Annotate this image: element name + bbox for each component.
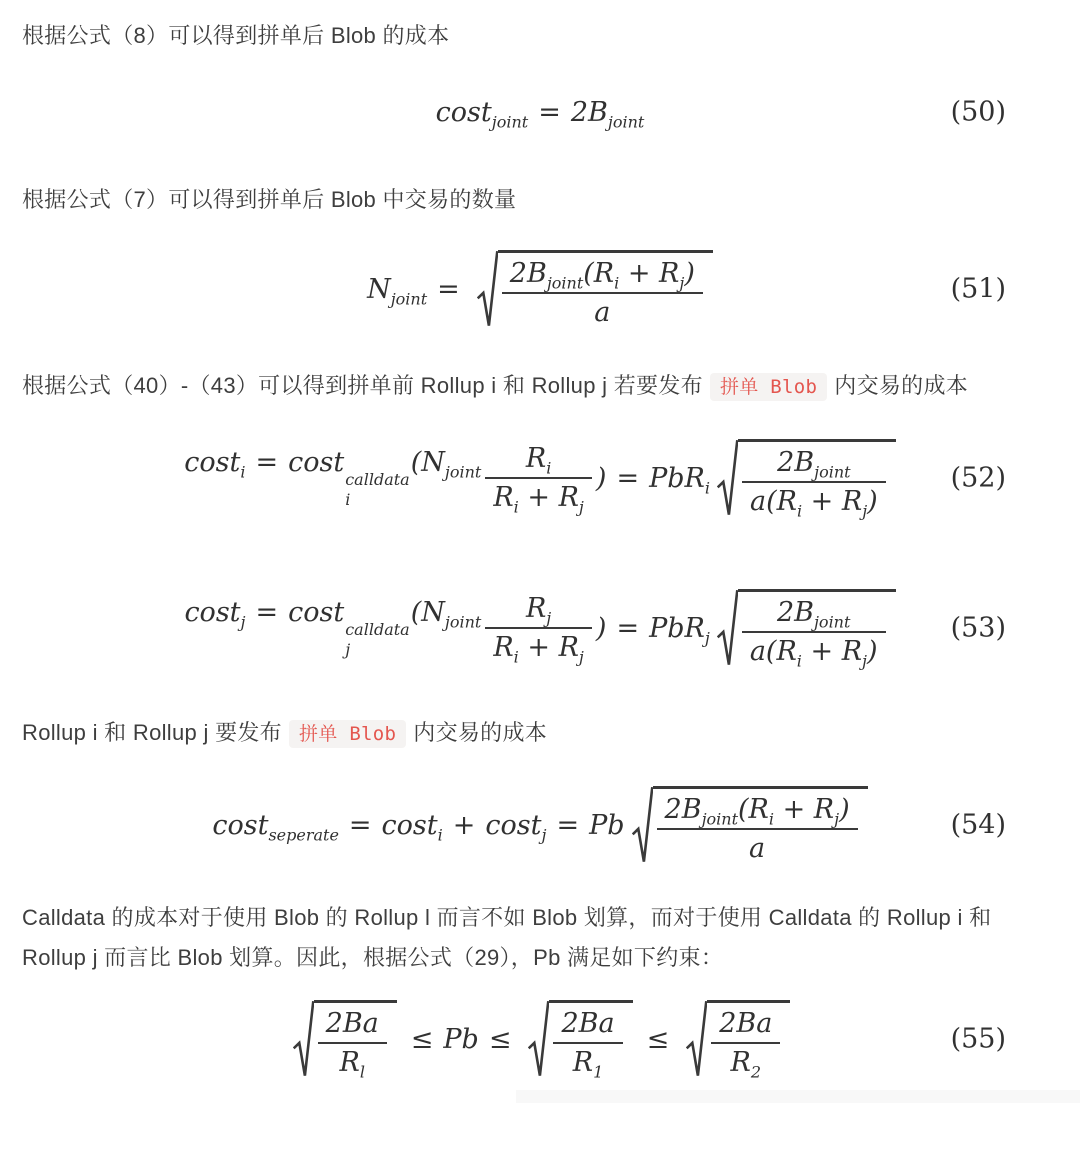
math-expression: )=PbRi <box>596 463 710 494</box>
sqrt-radical-icon <box>477 250 498 328</box>
equals-sign: = <box>256 447 279 478</box>
math-subscript: seperate <box>268 825 338 844</box>
inline-code-chip: 拼单 Blob <box>289 720 406 748</box>
square-root: 2Ba R2 <box>686 1000 790 1078</box>
math-subscript: i <box>345 490 350 510</box>
math-subscript: i <box>438 825 443 844</box>
sqrt-radical-icon <box>528 1000 549 1078</box>
sqrt-radicand: 2Ba R1 <box>549 1000 632 1078</box>
math-token: 2B <box>777 447 814 478</box>
math-token: 2B <box>571 97 608 128</box>
fraction-numerator: 2Bjoint <box>769 447 858 481</box>
math-token: ) <box>684 258 695 289</box>
article-body: 根据公式（8）可以得到拼单后 Blob 的成本 costjoint=2Bjoin… <box>0 0 1080 1103</box>
math-token: + R <box>519 632 579 663</box>
equation-number: (51) <box>951 274 1006 305</box>
supsub-stack: calldatai <box>345 470 409 510</box>
equation-52: costi=costcalldatai(Njoint Ri Ri + Rj )=… <box>0 439 1080 517</box>
fraction-numerator: 2Bjoint(Ri + Rj) <box>502 258 703 292</box>
math-subscript: joint <box>547 273 583 292</box>
fraction: 2Bjoint a(Ri + Rj) <box>742 447 886 517</box>
paragraph: Calldata 的成本对于使用 Blob 的 Rollup l 而言不如 Bl… <box>0 898 1080 978</box>
math-token: cost <box>288 597 344 628</box>
square-root: 2Ba Rl <box>293 1000 397 1078</box>
math-token: 2Ba <box>326 1008 379 1039</box>
paragraph: Rollup i 和 Rollup j 要发布拼单 Blob内交易的成本 <box>0 713 1080 754</box>
equals-sign: = <box>437 274 460 305</box>
math-token: a <box>749 833 765 864</box>
math-token: ) <box>867 486 878 517</box>
math-subscript: joint <box>391 289 427 308</box>
math-expression: ≤ <box>637 1024 680 1055</box>
math-subscript: j <box>579 497 584 516</box>
fraction-numerator: 2Bjoint <box>769 597 858 631</box>
math-token: cost <box>485 810 541 841</box>
math-token: + R <box>619 258 679 289</box>
math-superscript: calldata <box>345 620 409 640</box>
equals-sign: = <box>256 597 279 628</box>
sqrt-radicand: 2Ba R2 <box>707 1000 790 1078</box>
math-token: cost <box>184 447 240 478</box>
sqrt-radicand: 2Ba Rl <box>314 1000 397 1078</box>
math-token: Pb <box>589 810 624 841</box>
math-token: 2B <box>665 794 702 825</box>
equation-number: (55) <box>951 1024 1006 1055</box>
math-subscript: l <box>360 1062 365 1081</box>
math-token: 2B <box>510 258 547 289</box>
fraction: 2Bjoint(Ri + Rj) a <box>502 258 703 328</box>
math-expression: costseperate=costi+costj=Pb <box>212 810 624 841</box>
supsub-stack: calldataj <box>345 620 409 660</box>
fraction-denominator: a <box>586 294 618 328</box>
sqrt-radical-icon <box>686 1000 707 1078</box>
close-paren: ) <box>596 463 607 494</box>
math-expression: costjoint=2Bjoint <box>436 97 645 128</box>
math-token: R <box>731 1047 751 1078</box>
equals-sign: = <box>616 463 639 494</box>
math-token: R <box>526 593 546 624</box>
paragraph-text: Rollup i 和 Rollup j 要发布 <box>22 720 282 745</box>
equals-sign: = <box>556 810 579 841</box>
open-paren: ( <box>411 447 422 478</box>
sqrt-radical-icon <box>293 1000 314 1078</box>
math-subscript: j <box>241 612 246 631</box>
paragraph: 根据公式（7）可以得到拼单后 Blob 中交易的数量 <box>0 180 1080 220</box>
math-subscript: joint <box>445 462 481 481</box>
open-paren: ( <box>411 597 422 628</box>
equation-50: costjoint=2Bjoint (50) <box>0 90 1080 134</box>
paragraph-text: 根据公式（40）-（43）可以得到拼单前 Rollup i 和 Rollup j… <box>22 373 703 398</box>
math-superscript: calldata <box>345 470 409 490</box>
math-subscript: joint <box>814 462 850 481</box>
paragraph: 根据公式（8）可以得到拼单后 Blob 的成本 <box>0 0 1080 56</box>
math-token: Pb <box>443 1024 478 1055</box>
equals-sign: = <box>349 810 372 841</box>
math-subscript: joint <box>445 612 481 631</box>
math-token: cost <box>288 447 344 478</box>
math-expression: Njoint= <box>367 274 470 305</box>
fraction-denominator: Ri + Rj <box>485 629 592 663</box>
math-token: (R <box>583 258 614 289</box>
sqrt-radicand: 2Bjoint(Ri + Rj) a <box>498 250 713 328</box>
math-token: + R <box>802 636 862 667</box>
math-token: cost <box>212 810 268 841</box>
math-token: 2B <box>777 597 814 628</box>
inline-code-chip: 拼单 Blob <box>710 373 827 401</box>
math-token: R <box>493 632 513 663</box>
math-subscript: i <box>705 478 710 497</box>
math-token: cost <box>382 810 438 841</box>
square-root: 2Bjoint(Ri + Rj) a <box>477 250 713 328</box>
math-expression: costj=costcalldataj(Njoint <box>184 597 481 660</box>
sqrt-radical-icon <box>632 786 653 864</box>
equation-number: (50) <box>951 97 1006 128</box>
sqrt-radicand: 2Bjoint(Ri + Rj) a <box>653 786 868 864</box>
math-expression: )=PbRj <box>596 613 710 644</box>
equation-53: costj=costcalldataj(Njoint Rj Ri + Rj )=… <box>0 589 1080 667</box>
sqrt-radicand: 2Bjoint a(Ri + Rj) <box>738 589 896 667</box>
equation-51: Njoint= 2Bjoint(Ri + Rj) a (51) <box>0 250 1080 328</box>
math-token: ) <box>839 794 850 825</box>
square-root: 2Ba R1 <box>528 1000 632 1078</box>
equation-number: (54) <box>951 810 1006 841</box>
fraction-denominator: a(Ri + Rj) <box>742 483 886 517</box>
math-token: cost <box>184 597 240 628</box>
fraction-numerator: Ri <box>518 443 559 477</box>
fraction-denominator: Ri + Rj <box>485 479 592 513</box>
math-subscript: joint <box>492 112 528 131</box>
math-subscript: j <box>546 608 551 627</box>
sqrt-radicand: 2Bjoint a(Ri + Rj) <box>738 439 896 517</box>
math-token: + R <box>774 794 834 825</box>
math-expression: ≤Pb≤ <box>401 1024 522 1055</box>
math-subscript: 1 <box>593 1062 603 1081</box>
math-token: a(R <box>750 486 797 517</box>
math-token: PbR <box>649 463 705 494</box>
fraction-denominator: R2 <box>723 1044 770 1078</box>
equation-55: 2Ba Rl ≤Pb≤ 2Ba R1 ≤ 2Ba <box>0 1000 1080 1078</box>
equation-54: costseperate=costi+costj=Pb 2Bjoint(Ri +… <box>0 786 1080 864</box>
fraction: 2Ba R1 <box>553 1008 622 1078</box>
fraction-denominator: R1 <box>565 1044 612 1078</box>
fraction-numerator: 2Bjoint(Ri + Rj) <box>657 794 858 828</box>
math-subscript: i <box>546 458 551 477</box>
bottom-partial-block <box>516 1090 1080 1103</box>
fraction: 2Bjoint a(Ri + Rj) <box>742 597 886 667</box>
equation-number: (52) <box>951 463 1006 494</box>
fraction: 2Ba R2 <box>711 1008 780 1078</box>
math-token: (R <box>738 794 769 825</box>
math-token: R <box>526 443 546 474</box>
fraction-denominator: Rl <box>331 1044 372 1078</box>
fraction-denominator: a(Ri + Rj) <box>742 633 886 667</box>
sqrt-radical-icon <box>717 589 738 667</box>
math-subscript: j <box>705 628 710 647</box>
math-subscript: j <box>345 640 350 660</box>
fraction-numerator: 2Ba <box>318 1008 387 1042</box>
math-subscript: joint <box>814 612 850 631</box>
plus-sign: + <box>453 810 476 841</box>
math-subscript: j <box>541 825 546 844</box>
less-equal-sign: ≤ <box>411 1024 434 1055</box>
equation-number: (53) <box>951 613 1006 644</box>
math-token: a <box>594 297 610 328</box>
math-token: ) <box>867 636 878 667</box>
math-token: PbR <box>649 613 705 644</box>
fraction-numerator: 2Ba <box>553 1008 622 1042</box>
square-root: 2Bjoint(Ri + Rj) a <box>632 786 868 864</box>
math-token: R <box>339 1047 359 1078</box>
fraction: Ri Ri + Rj <box>485 443 592 513</box>
paragraph-text: 内交易的成本 <box>413 720 547 745</box>
square-root: 2Bjoint a(Ri + Rj) <box>717 589 896 667</box>
math-subscript: 2 <box>751 1062 761 1081</box>
math-token: N <box>367 274 391 305</box>
fraction: 2Ba Rl <box>318 1008 387 1078</box>
sqrt-radical-icon <box>717 439 738 517</box>
less-equal-sign: ≤ <box>647 1024 670 1055</box>
math-token: 2Ba <box>719 1008 772 1039</box>
math-token: cost <box>436 97 492 128</box>
math-token: + R <box>519 482 579 513</box>
fraction-numerator: Rj <box>518 593 559 627</box>
paragraph: 根据公式（40）-（43）可以得到拼单前 Rollup i 和 Rollup j… <box>0 366 1080 407</box>
paragraph-text: 内交易的成本 <box>834 373 968 398</box>
math-subscript: joint <box>702 809 738 828</box>
math-token: R <box>573 1047 593 1078</box>
math-token: N <box>421 597 445 628</box>
fraction-numerator: 2Ba <box>711 1008 780 1042</box>
math-token: R <box>493 482 513 513</box>
less-equal-sign: ≤ <box>489 1024 512 1055</box>
square-root: 2Bjoint a(Ri + Rj) <box>717 439 896 517</box>
math-token: a(R <box>750 636 797 667</box>
math-token: 2Ba <box>561 1008 614 1039</box>
equals-sign: = <box>616 613 639 644</box>
math-subscript: i <box>240 462 245 481</box>
math-token: + R <box>802 486 862 517</box>
fraction: Rj Ri + Rj <box>485 593 592 663</box>
equals-sign: = <box>538 97 561 128</box>
math-subscript: joint <box>608 112 644 131</box>
math-expression: costi=costcalldatai(Njoint <box>184 447 481 510</box>
math-token: N <box>421 447 445 478</box>
fraction-denominator: a <box>741 830 773 864</box>
math-subscript: j <box>579 647 584 666</box>
fraction: 2Bjoint(Ri + Rj) a <box>657 794 858 864</box>
close-paren: ) <box>596 613 607 644</box>
